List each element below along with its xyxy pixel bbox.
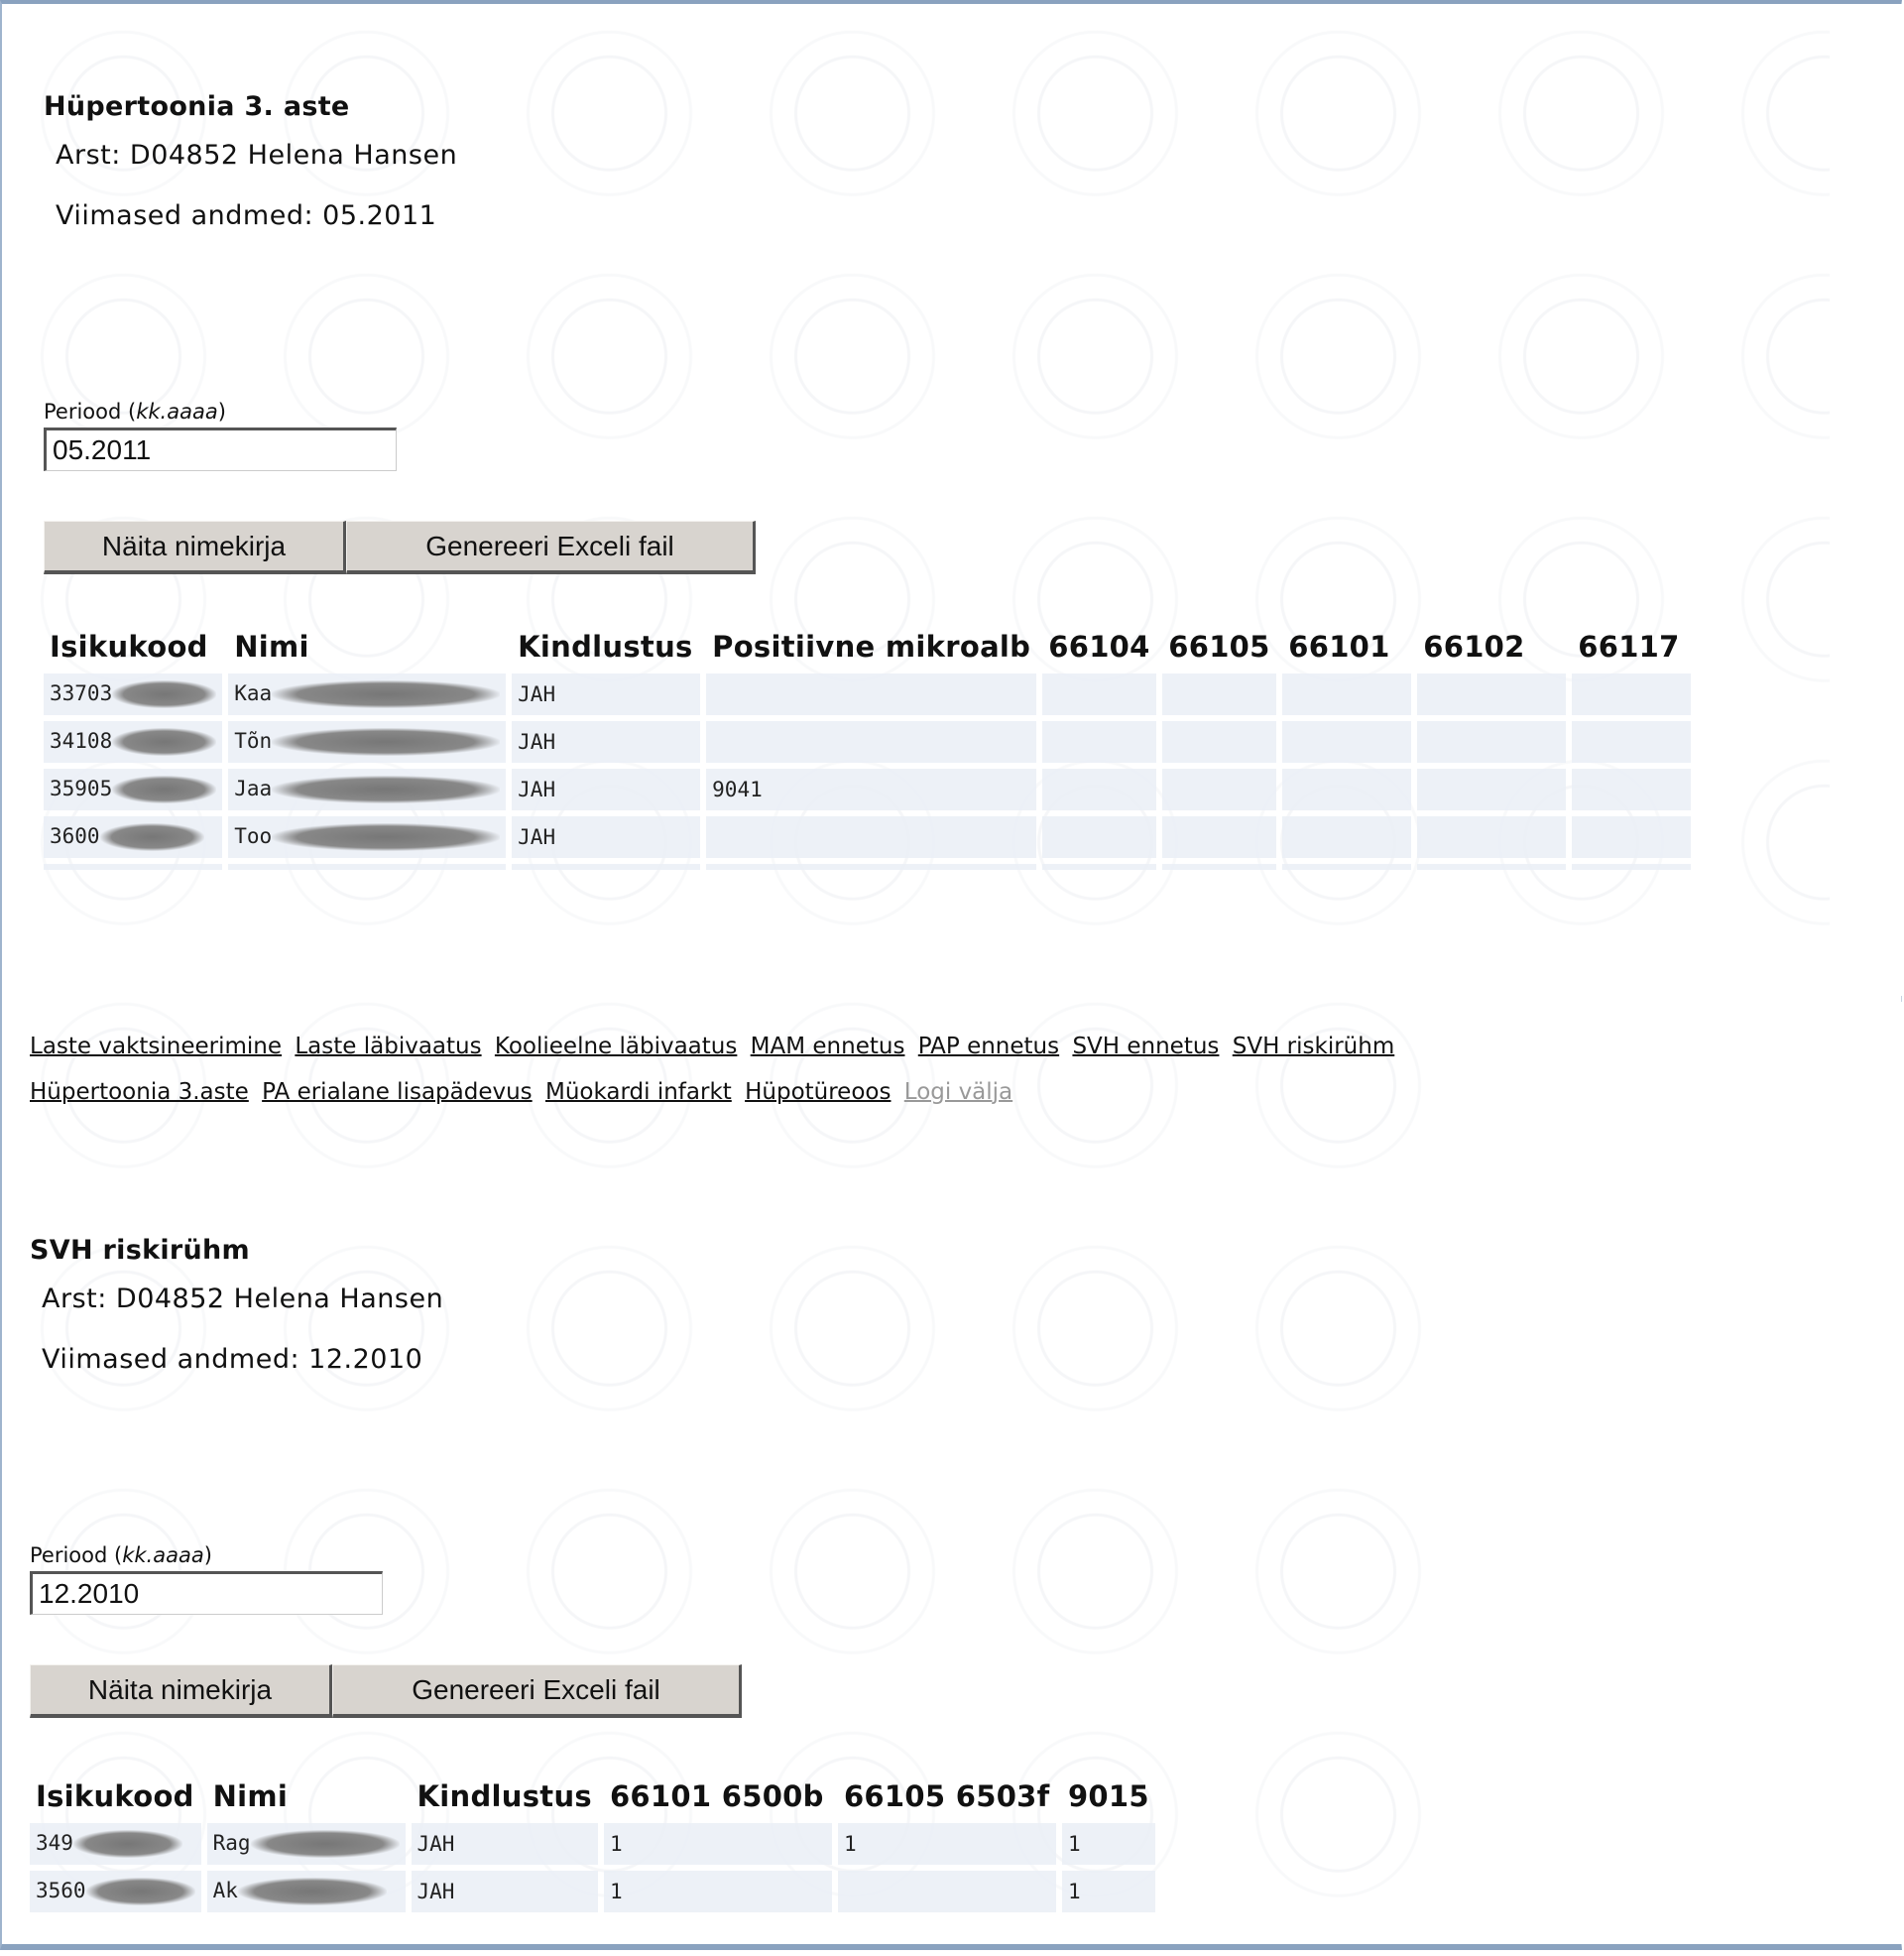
period-label: Periood (kk.aaaa) <box>30 1543 1161 1567</box>
column-header: Kindlustus <box>512 630 700 668</box>
column-header: 66104 <box>1042 630 1156 668</box>
column-header: 9015 <box>1062 1779 1155 1817</box>
period-label: Periood (kk.aaaa) <box>44 400 1697 424</box>
show-list-button[interactable]: Näita nimekirja <box>30 1664 332 1718</box>
column-header: 66101 6500b <box>604 1779 832 1817</box>
table-cell <box>1572 816 1691 858</box>
table-cell: Rag <box>207 1823 406 1865</box>
table-footer-row <box>44 864 1691 870</box>
doctor-info: Arst: D04852 Helena Hansen <box>42 1284 1161 1314</box>
table-cell <box>1282 769 1411 810</box>
table-cell <box>44 864 222 870</box>
table-cell <box>1417 864 1566 870</box>
table-cell <box>838 1871 1056 1912</box>
table-cell <box>1417 769 1566 810</box>
nav-link-laste-läbivaatus[interactable]: Laste läbivaatus <box>295 1034 481 1059</box>
table-cell: 34108 <box>44 721 222 763</box>
column-header: Isikukood <box>30 1779 201 1817</box>
table-cell: 9041 <box>706 769 1036 810</box>
table-cell <box>706 864 1036 870</box>
table-row: 33703KaaJAH <box>44 673 1691 715</box>
table-cell: Jaa <box>228 769 506 810</box>
redaction-blur <box>272 823 500 851</box>
button-row: Näita nimekirja Genereeri Exceli fail <box>30 1664 1161 1718</box>
table-cell: Kaa <box>228 673 506 715</box>
redaction-blur <box>112 728 216 756</box>
background-edge <box>1830 4 1903 996</box>
redaction-blur <box>100 823 204 851</box>
table-header-row: IsikukoodNimiKindlustus66101 6500b66105 … <box>30 1779 1155 1817</box>
table-cell <box>706 816 1036 858</box>
nav-link-koolieelne-läbivaatus[interactable]: Koolieelne läbivaatus <box>495 1034 737 1059</box>
table-cell <box>1417 816 1566 858</box>
table-cell <box>228 864 506 870</box>
nav-link-svh-riskirühm[interactable]: SVH riskirühm <box>1233 1034 1395 1059</box>
table-cell <box>1162 769 1276 810</box>
table-cell: JAH <box>412 1823 598 1865</box>
doctor-info: Arst: D04852 Helena Hansen <box>56 140 1697 171</box>
table-cell: JAH <box>512 721 700 763</box>
redaction-blur <box>73 1830 182 1858</box>
section-title: Hüpertoonia 3. aste <box>44 91 1697 122</box>
table-cell: 349 <box>30 1823 201 1865</box>
table-cell <box>1042 864 1156 870</box>
period-label-text: Periood <box>44 400 128 424</box>
column-header: 66105 6503f <box>838 1779 1056 1817</box>
table-cell <box>1282 816 1411 858</box>
table-cell <box>706 673 1036 715</box>
generate-excel-button[interactable]: Genereeri Exceli fail <box>332 1664 742 1718</box>
column-header: Positiivne mikroalb <box>706 630 1036 668</box>
last-data-info: Viimased andmed: 12.2010 <box>42 1344 1161 1375</box>
table-cell: 1 <box>1062 1823 1155 1865</box>
table-cell: 35905 <box>44 769 222 810</box>
column-header: Isikukood <box>44 630 222 668</box>
table-cell: 1 <box>1062 1871 1155 1912</box>
period-format: kk.aaaa <box>122 1543 203 1567</box>
nav-row-2: Hüpertoonia 3.aste PA erialane lisapädev… <box>30 1069 1458 1115</box>
nav-link-pa-erialane-lisapädevus[interactable]: PA erialane lisapädevus <box>262 1079 533 1105</box>
period-format: kk.aaaa <box>136 400 217 424</box>
section-svh-risk: SVH riskirühm Arst: D04852 Helena Hansen… <box>30 1235 1161 1918</box>
table-row: 3600TooJAH <box>44 816 1691 858</box>
redaction-blur <box>238 1878 387 1905</box>
table-cell <box>1417 673 1566 715</box>
table-cell <box>706 721 1036 763</box>
nav-link-logi-välja[interactable]: Logi välja <box>904 1079 1012 1105</box>
nav-link-müokardi-infarkt[interactable]: Müokardi infarkt <box>545 1079 732 1105</box>
column-header: 66117 <box>1572 630 1691 668</box>
table-cell <box>1282 864 1411 870</box>
nav-link-hüpotüreoos[interactable]: Hüpotüreoos <box>745 1079 891 1105</box>
nav-link-mam-ennetus[interactable]: MAM ennetus <box>751 1034 905 1059</box>
table-cell <box>1417 721 1566 763</box>
table-cell <box>1042 721 1156 763</box>
table-cell <box>1042 673 1156 715</box>
redaction-blur <box>272 680 500 708</box>
background-edge <box>1458 1002 1902 1944</box>
section-hypertension: Hüpertoonia 3. aste Arst: D04852 Helena … <box>44 91 1697 876</box>
column-header: 66101 <box>1282 630 1411 668</box>
table-cell: JAH <box>412 1871 598 1912</box>
table-cell <box>1042 816 1156 858</box>
table-cell <box>1282 673 1411 715</box>
column-header: Kindlustus <box>412 1779 598 1817</box>
table-row: 34108TõnJAH <box>44 721 1691 763</box>
column-header: 66102 <box>1417 630 1566 668</box>
redaction-blur <box>86 1878 195 1905</box>
nav-link-laste-vaktsineerimine[interactable]: Laste vaktsineerimine <box>30 1034 282 1059</box>
table-cell <box>1162 816 1276 858</box>
table-cell <box>1572 769 1691 810</box>
table-cell: 3560 <box>30 1871 201 1912</box>
table-cell: Tõn <box>228 721 506 763</box>
redaction-blur <box>112 680 216 708</box>
patient-table: IsikukoodNimiKindlustusPositiivne mikroa… <box>38 624 1697 876</box>
table-cell <box>1162 721 1276 763</box>
generate-excel-button[interactable]: Genereeri Exceli fail <box>346 521 756 574</box>
nav-link-svh-ennetus[interactable]: SVH ennetus <box>1072 1034 1219 1059</box>
table-cell: Too <box>228 816 506 858</box>
button-row: Näita nimekirja Genereeri Exceli fail <box>44 521 1697 574</box>
table-cell <box>1572 721 1691 763</box>
column-header: Nimi <box>207 1779 406 1817</box>
section-title: SVH riskirühm <box>30 1235 1161 1266</box>
module-nav: Laste vaktsineerimine Laste läbivaatus K… <box>30 1024 1458 1115</box>
column-header: Nimi <box>228 630 506 668</box>
table-cell: JAH <box>512 816 700 858</box>
table-row: 349RagJAH111 <box>30 1823 1155 1865</box>
table-cell <box>1282 721 1411 763</box>
patient-table: IsikukoodNimiKindlustus66101 6500b66105 … <box>24 1773 1161 1918</box>
table-cell <box>1572 673 1691 715</box>
table-cell: JAH <box>512 673 700 715</box>
table-cell <box>1572 864 1691 870</box>
period-input[interactable] <box>30 1571 383 1615</box>
table-cell: Ak <box>207 1871 406 1912</box>
table-cell: 3600 <box>44 816 222 858</box>
nav-link-hüpertoonia-3-aste[interactable]: Hüpertoonia 3.aste <box>30 1079 249 1105</box>
show-list-button[interactable]: Näita nimekirja <box>44 521 346 574</box>
last-data-info: Viimased andmed: 05.2011 <box>56 200 1697 231</box>
table-header-row: IsikukoodNimiKindlustusPositiivne mikroa… <box>44 630 1691 668</box>
table-cell: 1 <box>604 1871 832 1912</box>
redaction-blur <box>251 1830 400 1858</box>
nav-link-pap-ennetus[interactable]: PAP ennetus <box>918 1034 1059 1059</box>
table-cell: 1 <box>838 1823 1056 1865</box>
table-cell: 33703 <box>44 673 222 715</box>
redaction-blur <box>272 728 500 756</box>
nav-row-1: Laste vaktsineerimine Laste läbivaatus K… <box>30 1024 1458 1069</box>
redaction-blur <box>112 776 216 803</box>
table-cell <box>1042 769 1156 810</box>
table-cell: 1 <box>604 1823 832 1865</box>
table-cell <box>1162 673 1276 715</box>
table-cell <box>512 864 700 870</box>
table-row: 3560AkJAH11 <box>30 1871 1155 1912</box>
period-input[interactable] <box>44 428 397 471</box>
table-cell: JAH <box>512 769 700 810</box>
column-header: 66105 <box>1162 630 1276 668</box>
table-row: 35905JaaJAH9041 <box>44 769 1691 810</box>
table-cell <box>1162 864 1276 870</box>
redaction-blur <box>272 776 500 803</box>
period-label-text: Periood <box>30 1543 114 1567</box>
